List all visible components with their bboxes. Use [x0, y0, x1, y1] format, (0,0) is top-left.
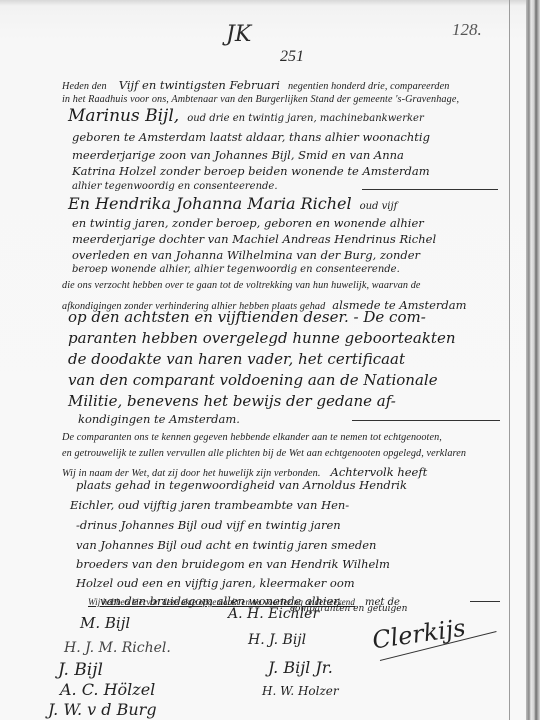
page-edge-line — [509, 0, 510, 720]
signature-jw-vd-burg: J. W. v d Burg — [48, 700, 157, 719]
groom-details: oud drie en twintig jaren, machinebankwe… — [187, 113, 424, 124]
printed-text: negentien honderd drie, compareerden — [288, 81, 449, 92]
bride-line-4: overleden en van Johanna Wilhelmina van … — [72, 248, 420, 262]
groom-line-5: alhier tegenwoordig en consenteerende. — [72, 181, 278, 192]
witness-line-6: Holzel oud een en vijftig jaren, kleerma… — [76, 576, 355, 590]
filler-line — [352, 420, 500, 421]
intro-line-2: in het Raadhuis voor ons, Ambtenaar van … — [62, 94, 459, 105]
request-line-6: van den comparant voldoening aan de Nati… — [68, 371, 438, 389]
groom-line-2: geboren te Amsterdam laatst aldaar, than… — [72, 130, 430, 144]
declaration-line-2: en getrouwelijk te zullen vervullen alle… — [62, 448, 466, 459]
declaration-line-1: De comparanten ons te kennen gegeven heb… — [62, 432, 442, 443]
signature-j-bijl-jr: J. Bijl Jr. — [268, 658, 333, 677]
signature-ac-holzel: A. C. Hölzel — [60, 680, 155, 699]
bride-line-5: beroep wonende alhier, alhier tegenwoord… — [72, 264, 400, 275]
filler-line — [470, 601, 500, 602]
witness-line-5: broeders van den bruidegom en van Hendri… — [76, 557, 390, 571]
bride-name: En Hendrika Johanna Maria Richel — [68, 194, 352, 213]
folio-number: 128. — [452, 20, 482, 40]
signature-hj-bijl: H. J. Bijl — [248, 632, 306, 648]
signature-j-bijl: J. Bijl — [58, 660, 103, 680]
register-page: JK 128. 251 Heden den Vijf en twintigste… — [0, 0, 528, 720]
signature-ah-eichler: A. H. Eichler — [228, 606, 319, 622]
intro-line-1: Heden den Vijf en twintigsten Februari n… — [62, 76, 449, 94]
bride-line-3: meerderjarige dochter van Machiel Andrea… — [72, 232, 436, 246]
monogram-flourish: JK — [226, 22, 251, 47]
signature-m-bijl: M. Bijl — [80, 614, 130, 632]
signature-hjm-richel: H. J. M. Richel. — [64, 640, 171, 656]
witness-line-3: -drinus Johannes Bijl oud vijf en twinti… — [76, 518, 341, 532]
bride-line-1: En Hendrika Johanna Maria Richel oud vij… — [68, 194, 397, 214]
witness-line-2: Eichler, oud vijftig jaren trambeambte v… — [70, 498, 349, 512]
act-number: 251 — [280, 48, 304, 66]
filler-line — [362, 189, 498, 190]
request-line-8: kondigingen te Amsterdam. — [78, 412, 240, 426]
groom-name: Marinus Bijl, — [68, 106, 179, 126]
request-line-7: Militie, benevens het bewijs der gedane … — [68, 392, 396, 410]
book-binding — [526, 0, 540, 720]
bride-details: oud vijf — [360, 201, 398, 212]
handwritten-date: Vijf en twintigsten Februari — [119, 78, 280, 92]
witness-line-4: van Johannes Bijl oud acht en twintig ja… — [76, 538, 376, 552]
groom-line-1: Marinus Bijl, oud drie en twintig jaren,… — [68, 106, 424, 126]
signature-hw-holzer: H. W. Holzer — [262, 684, 339, 698]
request-line-5: de doodakte van haren vader, het certifi… — [68, 350, 405, 368]
groom-line-3: meerderjarige zoon van Johannes Bijl, Sm… — [72, 148, 404, 162]
bride-line-2: en twintig jaren, zonder beroep, geboren… — [72, 216, 424, 230]
groom-line-4: Katrina Holzel zonder beroep beiden wone… — [72, 164, 430, 178]
request-line-3: op den achtsten en vijftienden deser. - … — [68, 308, 426, 326]
request-line-1: die ons verzocht hebben over te gaan tot… — [62, 280, 421, 291]
printed-text: Heden den — [62, 81, 107, 92]
signature-official: Clerkijs — [371, 614, 468, 655]
handwritten-text: Achtervolk heeft — [331, 465, 428, 479]
request-line-4: paranten hebben overgelegd hunne geboort… — [68, 329, 455, 347]
witness-line-1: plaats gehad in tegenwoordigheid van Arn… — [76, 478, 407, 492]
